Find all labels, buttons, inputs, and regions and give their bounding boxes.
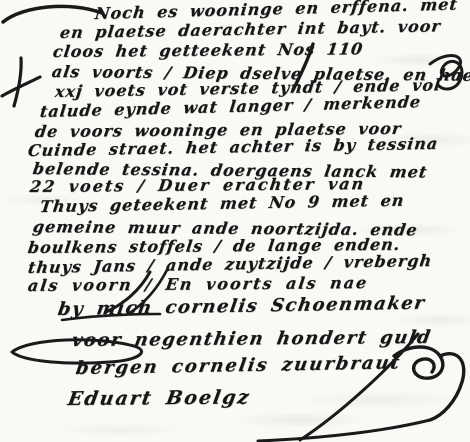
manuscript-line: als voorn / En voorts als nae bbox=[27, 273, 370, 295]
signature-paraph-tail bbox=[258, 420, 430, 441]
margin-cross-horizontal-stroke bbox=[2, 77, 40, 96]
manuscript-line: cloos het getteekent Nos 110 bbox=[52, 39, 365, 61]
manuscript-page: Noch es wooninge en erffena. met en plae… bbox=[0, 0, 470, 442]
signature-slash-stroke bbox=[300, 334, 418, 440]
manuscript-line: bergen cornelis zuurbraut bbox=[74, 352, 402, 379]
manuscript-line: voor negenthien hondert guld bbox=[70, 327, 433, 351]
manuscript-line: Eduart Boelgz bbox=[66, 386, 252, 410]
signature-paraph-outer-loop bbox=[430, 354, 464, 420]
opening-flourish-arc bbox=[3, 6, 102, 22]
manuscript-line: by mich cornelis Schoenmaker bbox=[56, 293, 427, 320]
margin-cross-vertical-stroke bbox=[14, 58, 21, 106]
